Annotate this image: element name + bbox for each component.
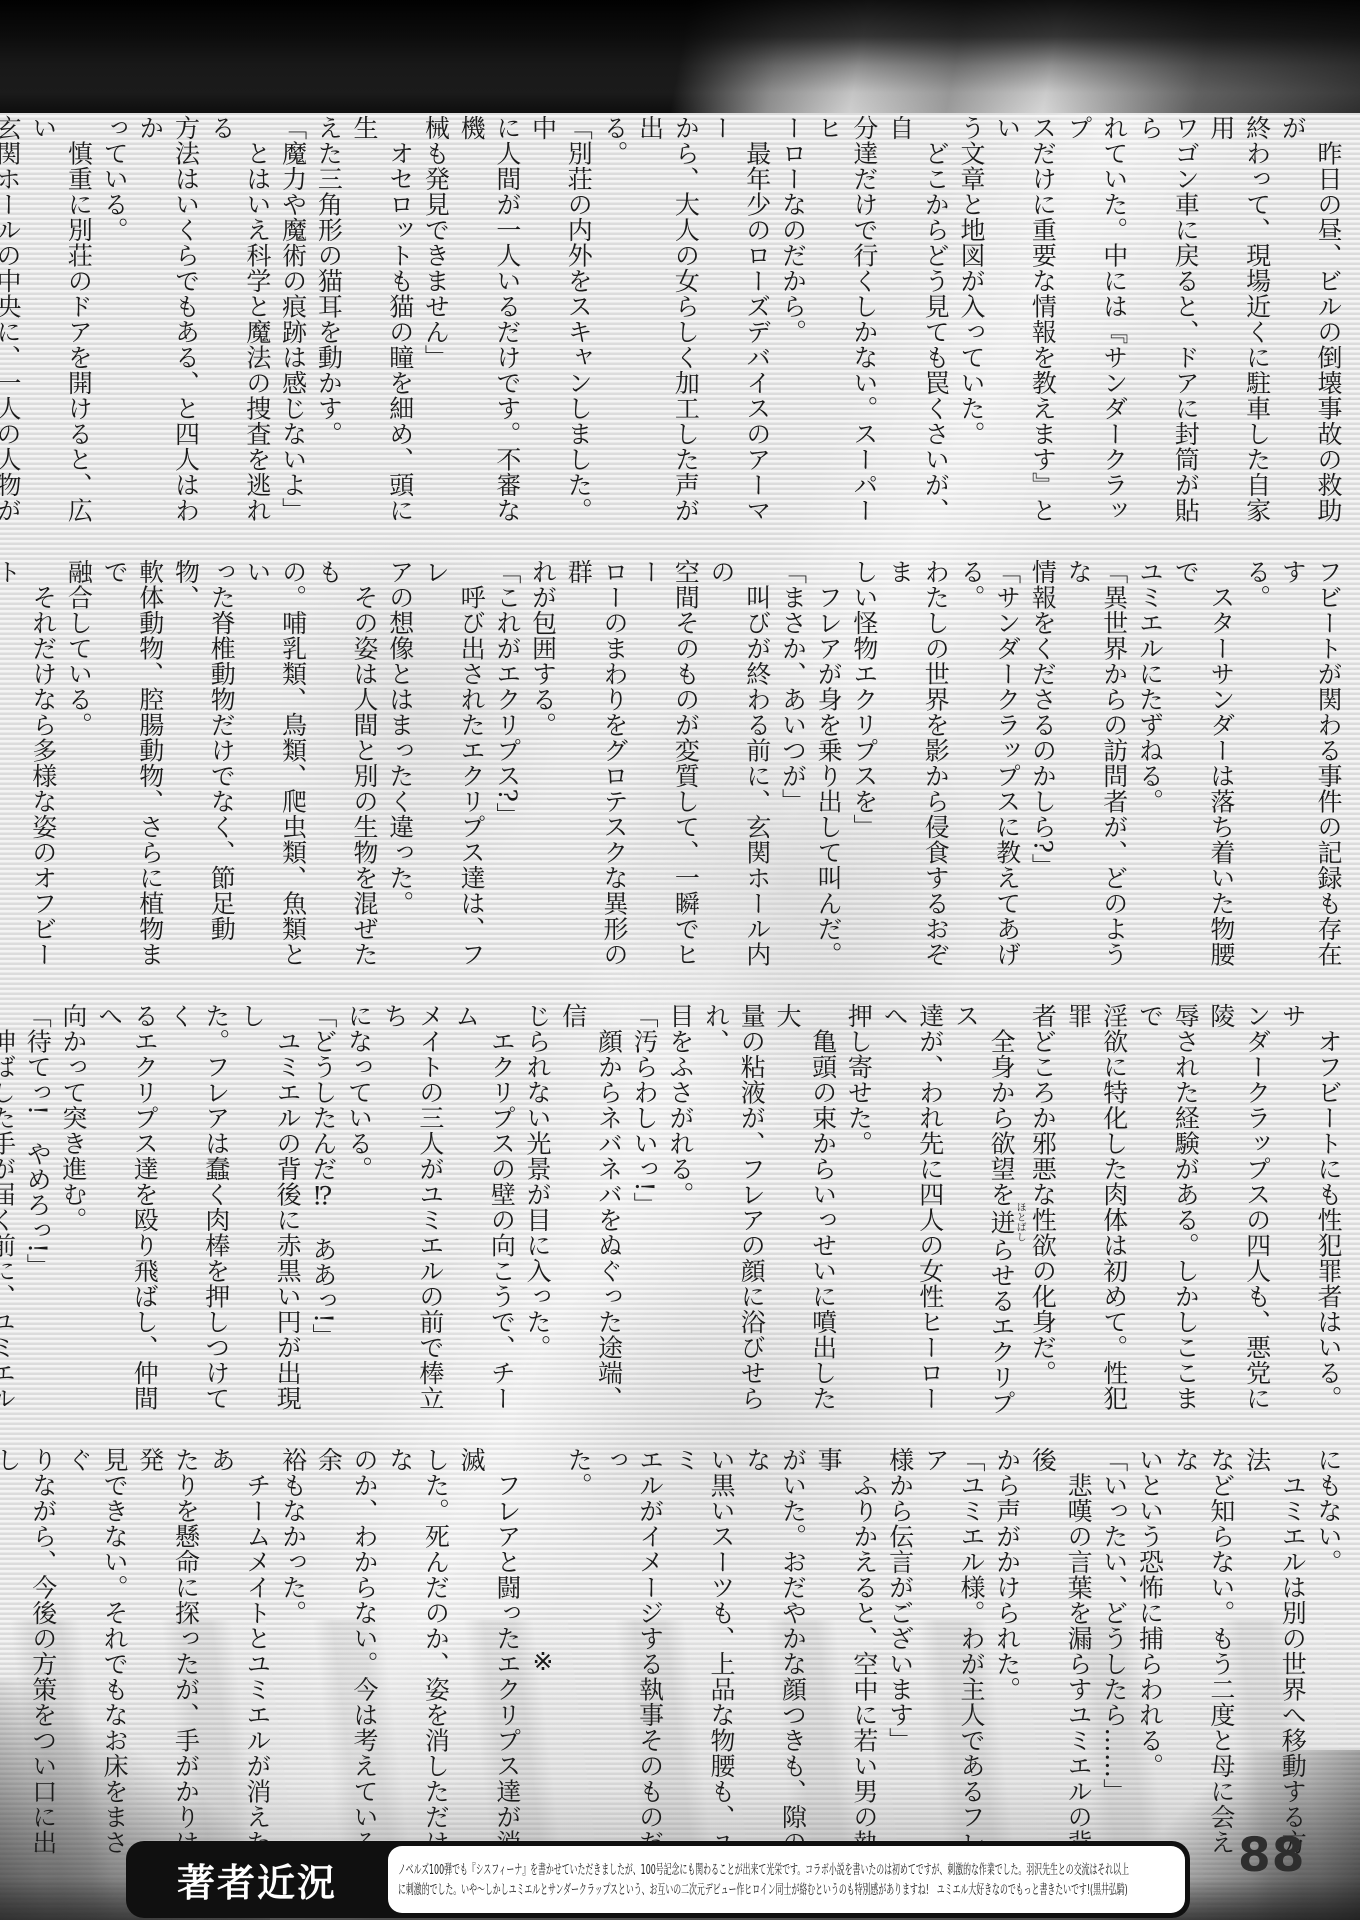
- text-line: れていた。中には『サンダークラップ: [1060, 115, 1131, 545]
- text-line: 量の粘液が、フレアの顔に浴びせられ、: [698, 1003, 769, 1433]
- text-line: 「異世界からの訪問者が、どのような: [1060, 559, 1131, 989]
- text-line: ユミエルの背後に赤黒い円が出現し: [234, 1003, 305, 1433]
- magazine-page: 昨日の昼、ビルの倒壊事故の救助が終わって、現場近くに駐車した自家用ワゴン車に戻る…: [0, 0, 1360, 1920]
- text-line: 伸ばした手が届く前に、ユミエルが: [0, 1003, 19, 1433]
- section-separator: ※: [525, 1447, 561, 1877]
- text-line: 呼び出されたエクリプス達は、フレ: [418, 559, 489, 989]
- text-line: それだけなら多様な姿のオフビート: [0, 559, 61, 989]
- text-line: チームメイトとユミエルが消えたあ: [204, 1447, 275, 1877]
- text-line: 辱された経験がある。しかしここまで: [1132, 1003, 1203, 1433]
- text-line: 亀頭の束からいっせいに噴出した大: [769, 1003, 840, 1433]
- text-line: オセロットも猫の瞳を細め、頭に生: [346, 115, 417, 545]
- text-line: にもない。: [1310, 1447, 1346, 1877]
- text-line: 達が、われ先に四人の女性ヒーローへ: [876, 1003, 947, 1433]
- text-line: エルがイメージする執事そのものだっ: [596, 1447, 667, 1877]
- text-line: 悲嘆の言葉を漏らすユミエルの背後: [1025, 1447, 1096, 1877]
- text-line: ローのまわりをグロテスクな異形の群: [561, 559, 632, 989]
- text-line: 叫びが終わる前に、玄関ホール内の: [703, 559, 774, 989]
- text-line: 「いったい、どうしたら……」: [1096, 1447, 1132, 1877]
- text-line: がいた。おだやかな顔つきも、隙のな: [739, 1447, 810, 1877]
- text-line: フレアと闘ったエクリプス達が消滅: [453, 1447, 524, 1877]
- text-line: 情報をくださるのかしら?」: [1025, 559, 1061, 989]
- text-line: 分達だけで行くしかない。スーパーヒ: [810, 115, 881, 545]
- text-band-3: オフビートにも性犯罪者はいる。サンダークラップスの四人も、悪党に陵辱された経験が…: [130, 1003, 1346, 1433]
- text-line: スだけに重要な情報を教えます』とい: [989, 115, 1060, 545]
- text-line: 押し寄せた。: [841, 1003, 877, 1433]
- text-line: たりを懸命に探ったが、手がかりは発: [132, 1447, 203, 1877]
- text-line: りながら、今後の方策をつい口に出し: [0, 1447, 61, 1877]
- text-line: から、大人の女らしく加工した声が出: [632, 115, 703, 545]
- text-line: エクリプスの壁の向こうで、チーム: [448, 1003, 519, 1433]
- text-line: う文章と地図が入っていた。: [953, 115, 989, 545]
- text-line: るエクリプス達を殴り飛ばし、仲間へ: [91, 1003, 162, 1433]
- text-line: じられない光景が目に入った。: [519, 1003, 555, 1433]
- text-line: 見できない。それでもなお床をまさぐ: [61, 1447, 132, 1877]
- text-band-2: フビートが関わる事件の記録も存在する。 スターサンダーは落ち着いた物腰でユミエル…: [130, 559, 1346, 989]
- text-line: の。哺乳類、鳥類、爬虫類、魚類とい: [239, 559, 310, 989]
- text-line: 「どうしたんだ⁉ ああっ!」: [305, 1003, 341, 1433]
- text-line: 「ユミエル様。わが主人であるフレア: [918, 1447, 989, 1877]
- text-line: た。フレアは蠢く肉棒を押しつけてく: [162, 1003, 233, 1433]
- text-line: オフビートにも性犯罪者はいる。サ: [1275, 1003, 1346, 1433]
- text-line: 空間そのものが変質して、一瞬でヒー: [632, 559, 703, 989]
- text-line: その姿は人間と別の生物を混ぜたも: [311, 559, 382, 989]
- text-line: 方法はいくらでもある、と四人はわか: [132, 115, 203, 545]
- text-line: どこからどう見ても罠くさいが、自: [882, 115, 953, 545]
- text-line: メイトの三人がユミエルの前で棒立ち: [377, 1003, 448, 1433]
- text-line: から声がかけられた。: [989, 1447, 1025, 1877]
- author-note-bar: 著者近況 ノベルズ100弾でも『シスフィーナ』を書かせていただきましたが、100…: [126, 1841, 1190, 1918]
- text-line: 最年少のローズデバイスのアーマー: [703, 115, 774, 545]
- text-line: フレアが身を乗り出して叫んだ。: [810, 559, 846, 989]
- text-line: 裕もなかった。: [275, 1447, 311, 1877]
- text-line: フビートが関わる事件の記録も存在す: [1275, 559, 1346, 989]
- text-line: 「別荘の内外をスキャンしました。中: [525, 115, 596, 545]
- text-line: アの想像とはまったく違った。: [382, 559, 418, 989]
- text-line: ーローなのだから。: [775, 115, 811, 545]
- text-line: れが包囲する。: [525, 559, 561, 989]
- text-line: 「汚らわしいっ!」: [626, 1003, 662, 1433]
- text-line: 「これがエクリプス?」: [489, 559, 525, 989]
- text-line: いという恐怖に捕らわれる。: [1132, 1447, 1168, 1877]
- text-line: のか、わからない。今は考えている余: [311, 1447, 382, 1877]
- text-line: 淫欲に特化した肉体は初めて。性犯罪: [1060, 1003, 1131, 1433]
- text-line: に人間が一人いるだけです。不審な機: [453, 115, 524, 545]
- text-line: えた三角形の猫耳を動かす。: [311, 115, 347, 545]
- text-line: ユミエルは別の世界へ移動する方法: [1239, 1447, 1310, 1877]
- text-line: た。: [561, 1447, 597, 1877]
- author-note-line-1: ノベルズ100弾でも『シスフィーナ』を書かせていただきましたが、100号記念にも…: [398, 1860, 1159, 1880]
- text-band-1: 昨日の昼、ビルの倒壊事故の救助が終わって、現場近くに駐車した自家用ワゴン車に戻る…: [130, 115, 1346, 545]
- text-line: 玄関ホールの中央に、一人の人物が待: [0, 115, 25, 545]
- author-note-line-2: に刺激的でした。いや〜しかしユミエルとサンダークラップスという、お互いの二次元デ…: [398, 1880, 1159, 1900]
- text-line: 者どころか邪悪な性欲の化身だ。: [1025, 1003, 1061, 1433]
- text-line: ンダークラップスの四人も、悪党に陵: [1203, 1003, 1274, 1433]
- text-line: 「待てっ! やめろっ!」: [19, 1003, 55, 1433]
- text-line: ワゴン車に戻ると、ドアに封筒が貼ら: [1132, 115, 1203, 545]
- text-line: 顔からネバネバをぬぐった途端、信: [555, 1003, 626, 1433]
- text-line: になっている。: [341, 1003, 377, 1433]
- text-line: ふりかえると、空中に若い男の執事: [810, 1447, 881, 1877]
- text-line: 終わって、現場近くに駐車した自家用: [1203, 115, 1274, 545]
- text-line: わたしの世界を影から侵食するおぞま: [882, 559, 953, 989]
- text-line: など知らない。もう二度と母に会えな: [1167, 1447, 1238, 1877]
- text-line: 械も発見できません」: [418, 115, 454, 545]
- text-line: っている。: [96, 115, 132, 545]
- text-line: スターサンダーは落ち着いた物腰で: [1167, 559, 1238, 989]
- text-line: 軟体動物、腔腸動物、さらに植物まで: [96, 559, 167, 989]
- text-line: 「魔力や魔術の痕跡は感じないよ」: [275, 115, 311, 545]
- author-note-label: 著者近況: [126, 1852, 388, 1907]
- text-line: とはいえ科学と魔法の捜査を逃れる: [204, 115, 275, 545]
- top-decoration-band: [0, 0, 1360, 113]
- text-line: 融合している。: [61, 559, 97, 989]
- text-line: る。: [596, 115, 632, 545]
- text-line: った脊椎動物だけでなく、節足動物、: [168, 559, 239, 989]
- text-line: る。: [1239, 559, 1275, 989]
- text-line: 全身から欲望を迸ほとばしらせるエクリプス: [948, 1003, 1025, 1433]
- page-number: 88: [1238, 1828, 1305, 1883]
- text-band-4: にもない。 ユミエルは別の世界へ移動する方法など知らない。もう二度と母に会えない…: [130, 1447, 1346, 1877]
- text-line: しい怪物エクリプスを」: [846, 559, 882, 989]
- author-note-text-box: ノベルズ100弾でも『シスフィーナ』を書かせていただきましたが、100号記念にも…: [388, 1846, 1185, 1913]
- text-line: ユミエルにたずねる。: [1132, 559, 1168, 989]
- text-line: 目をふさがれる。: [662, 1003, 698, 1433]
- text-line: 「サンダークラップスに教えてあげる。: [953, 559, 1024, 989]
- text-line: 様から伝言がございます」: [882, 1447, 918, 1877]
- text-line: い黒いスーツも、上品な物腰も、ユミ: [668, 1447, 739, 1877]
- text-line: 向かって突き進む。: [55, 1003, 91, 1433]
- text-line: 慎重に別荘のドアを開けると、広い: [25, 115, 96, 545]
- text-line: 昨日の昼、ビルの倒壊事故の救助が: [1275, 115, 1346, 545]
- text-line: した。死んだのか、姿を消しただけな: [382, 1447, 453, 1877]
- text-line: 「まさか、あいつが」: [775, 559, 811, 989]
